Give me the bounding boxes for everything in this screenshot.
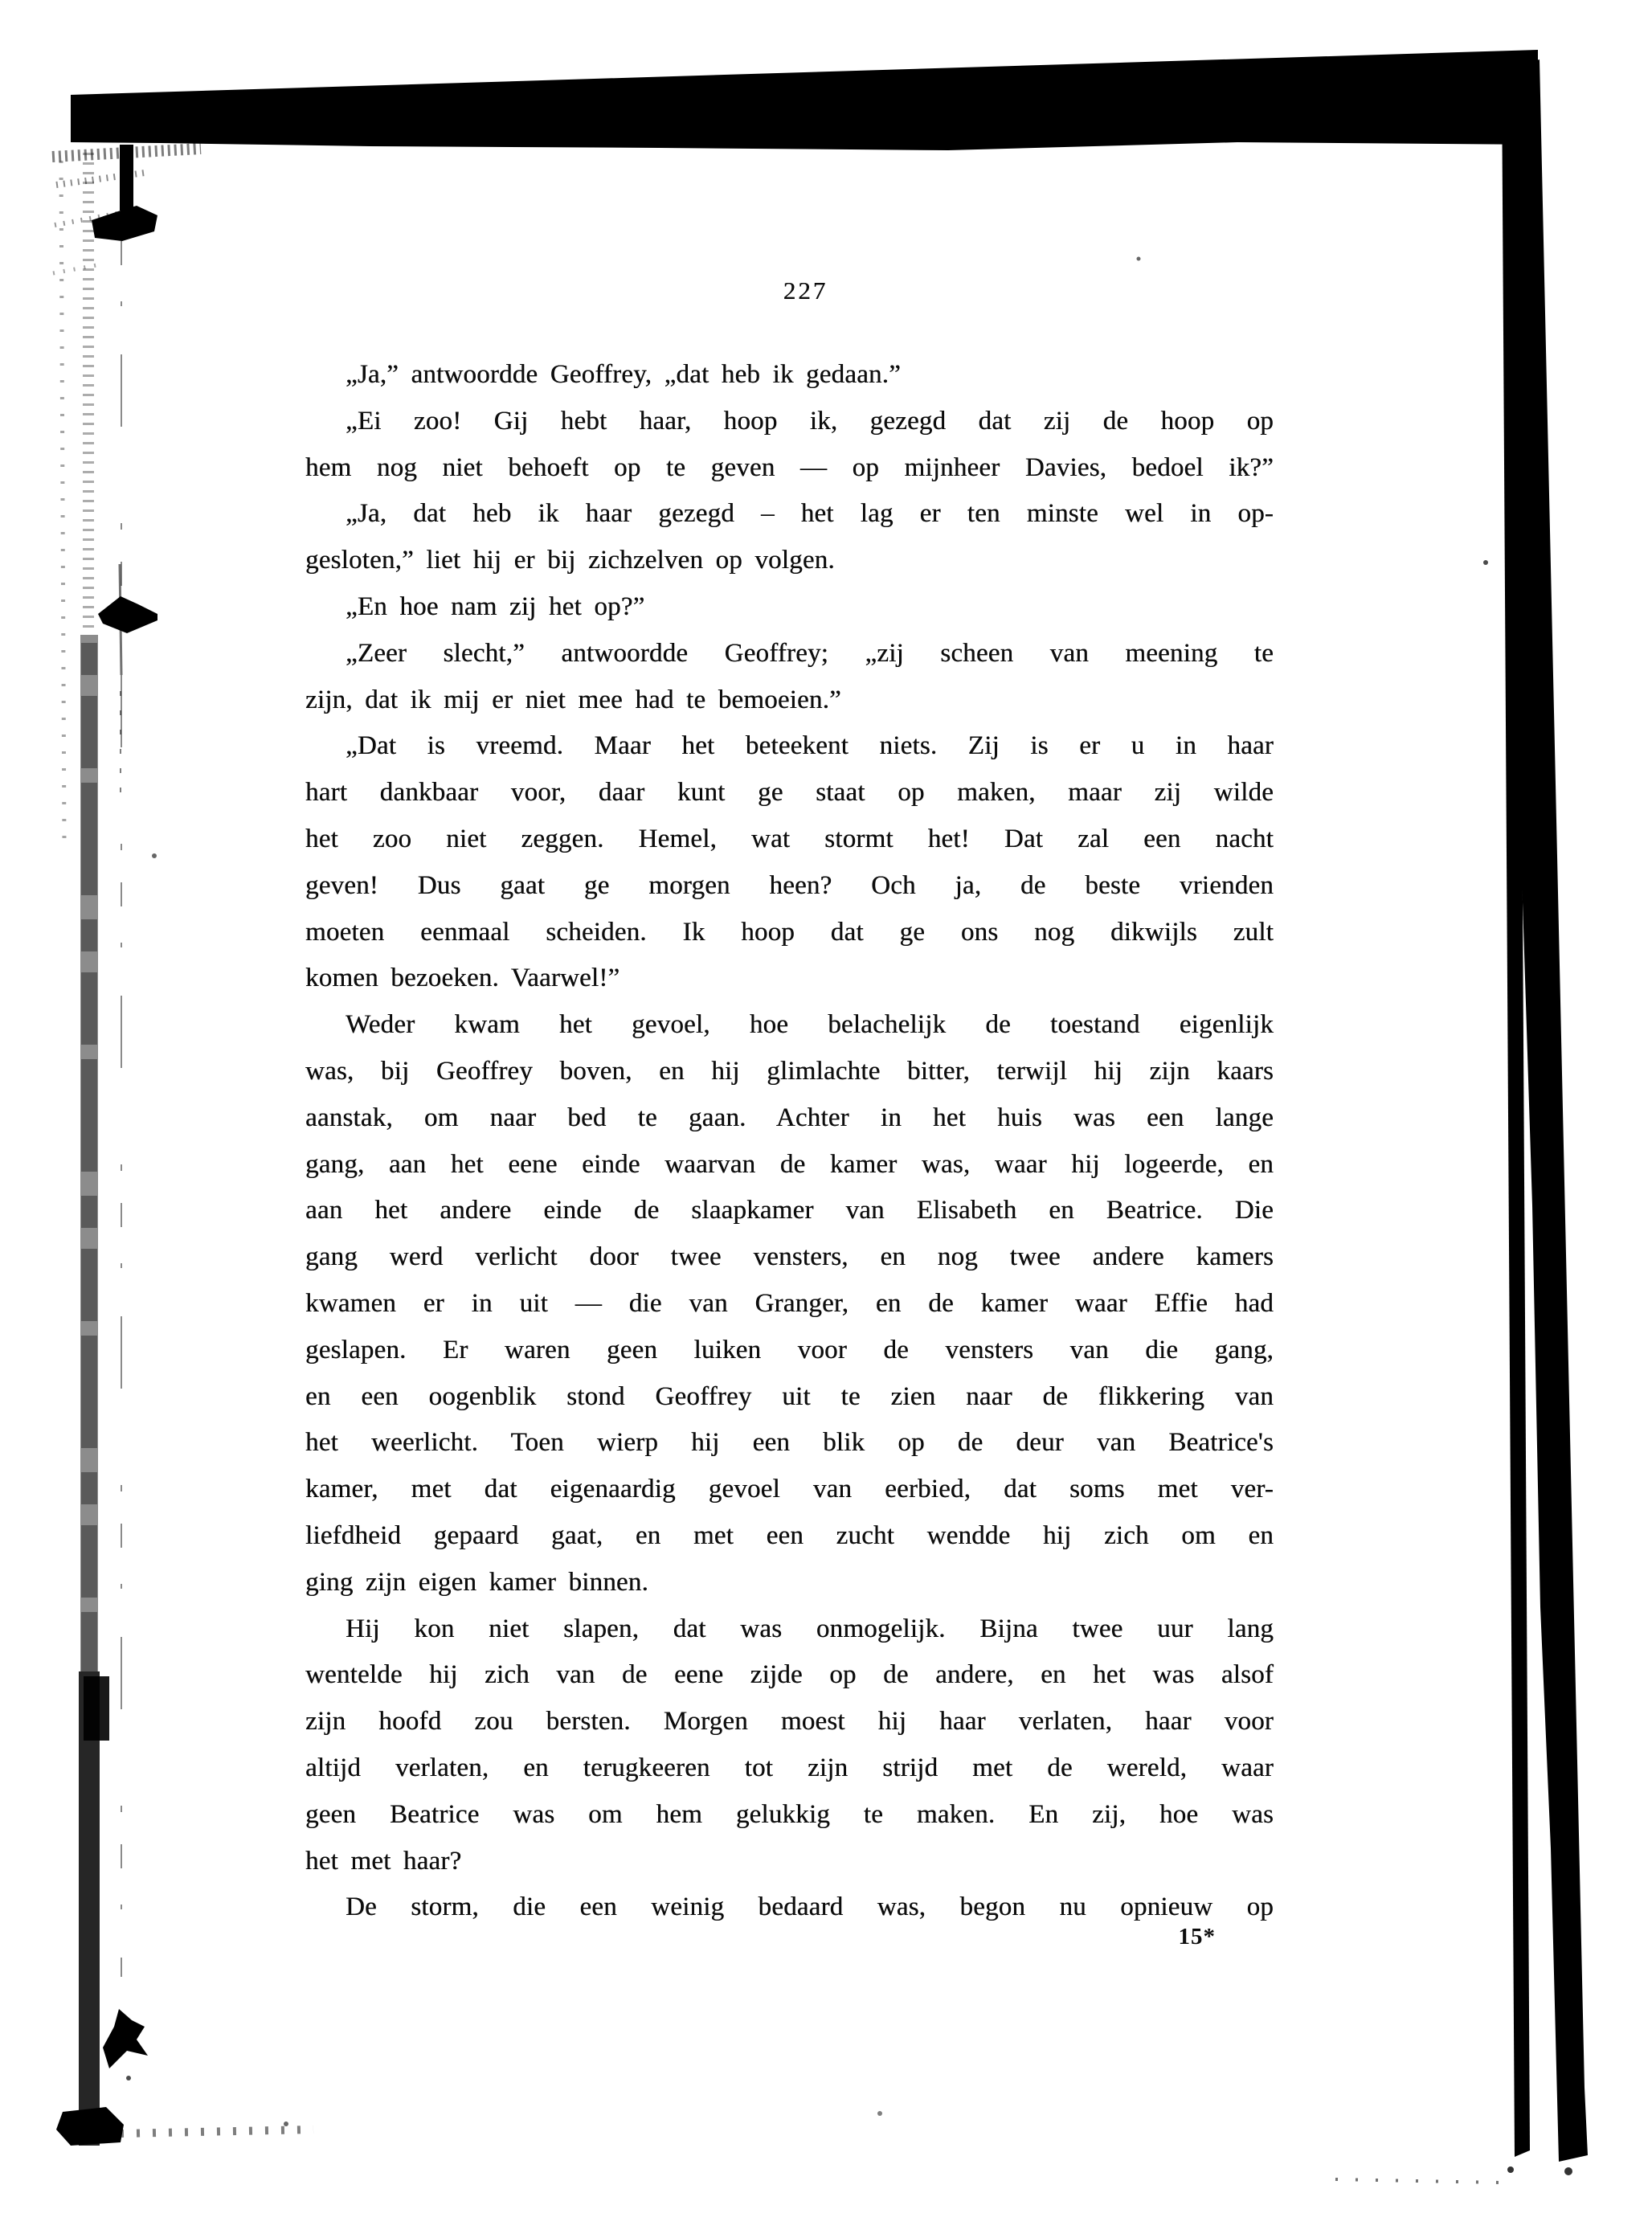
signature-mark: 15* — [305, 1924, 1274, 1950]
scan-right-edge-thick — [1518, 59, 1588, 2162]
text-line: Weder kwam het gevoel, hoe belachelijk d… — [305, 1002, 1274, 1049]
scan-edge-speck — [1507, 2166, 1514, 2173]
text-line: „En hoe nam zij het op?” — [305, 584, 1274, 631]
text-line: „Ja,” antwoordde Geoffrey, „dat heb ik g… — [305, 352, 1274, 399]
speck — [126, 2076, 131, 2080]
foot-speck-row — [121, 2130, 313, 2134]
text-line: ging zijn eigen kamer binnen. — [305, 1560, 1274, 1606]
scan-top-edge — [71, 50, 1538, 150]
text-line: het weerlicht. Toen wierp hij een blik o… — [305, 1420, 1274, 1467]
corner-speckle-column — [61, 161, 64, 844]
binding-streak-hook — [84, 1676, 109, 1741]
text-line: komen bezoeken. Vaarwel!” — [305, 955, 1274, 1002]
binding-streak-foot — [56, 2107, 124, 2146]
text-line: geven! Dus gaat ge morgen heen? Och ja, … — [305, 863, 1274, 910]
ink-blot-top — [92, 206, 157, 241]
text-line: kwamen er in uit — die van Granger, en d… — [305, 1281, 1274, 1328]
text-line: liefdheid gepaard gaat, en met een zucht… — [305, 1513, 1274, 1560]
text-line: aan het andere einde de slaapkamer van E… — [305, 1188, 1274, 1234]
text-line: gesloten,” liet hij er bij zichzelven op… — [305, 538, 1274, 584]
speck — [284, 2121, 288, 2126]
binding-streak-lower — [79, 1671, 100, 2146]
text-line: gang werd verlicht door twee vensters, e… — [305, 1234, 1274, 1281]
text-line: was, bij Geoffrey boven, en hij glimlach… — [305, 1049, 1274, 1095]
text-line: wentelde hij zich van de eene zijde op d… — [305, 1652, 1274, 1699]
text-line: en een oogenblik stond Geoffrey uit te z… — [305, 1374, 1274, 1421]
speck — [1137, 257, 1141, 261]
text-line: geen Beatrice was om hem gelukkig te mak… — [305, 1792, 1274, 1839]
page-number: 227 — [305, 276, 1274, 305]
text-line: altijd verlaten, en terugkeeren tot zijn… — [305, 1745, 1274, 1792]
text-line: zijn hoofd zou bersten. Morgen moest hij… — [305, 1699, 1274, 1745]
text-line: „Ja, dat heb ik haar gezegd – het lag er… — [305, 491, 1274, 538]
text-line: „Dat is vreemd. Maar het beteekent niets… — [305, 723, 1274, 770]
body-text: „Ja,” antwoordde Geoffrey, „dat heb ik g… — [305, 352, 1274, 1931]
speck — [877, 2111, 882, 2116]
text-line: gang, aan het eene einde waarvan de kame… — [305, 1142, 1274, 1189]
ink-blot-diamond — [98, 596, 157, 633]
scan-edge-speck — [1564, 2167, 1572, 2175]
text-line: zijn, dat ik mij er niet mee had te bemo… — [305, 677, 1274, 724]
text-line: „Ei zoo! Gij hebt haar, hoop ik, gezegd … — [305, 399, 1274, 445]
bottom-right-speck-row — [1335, 2179, 1499, 2183]
text-line: hart dankbaar voor, daar kunt ge staat o… — [305, 770, 1274, 816]
speck — [152, 853, 157, 858]
text-line: het zoo niet zeggen. Hemel, wat stormt h… — [305, 816, 1274, 863]
text-line: kamer, met dat eigenaardig gevoel van ee… — [305, 1467, 1274, 1513]
text-line: het met haar? — [305, 1839, 1274, 1885]
text-line: geslapen. Er waren geen luiken voor de v… — [305, 1328, 1274, 1374]
text-line: Hij kon niet slapen, dat was onmogelijk.… — [305, 1606, 1274, 1653]
text-line: aanstak, om naar bed te gaan. Achter in … — [305, 1095, 1274, 1142]
text-line: „Zeer slecht,” antwoordde Geoffrey; „zij… — [305, 631, 1274, 677]
speck — [1483, 560, 1488, 565]
ink-blot-stem — [120, 145, 133, 211]
ink-blot-bird — [103, 2009, 148, 2068]
scanned-book-page: { "page": { "number": "227", "signature_… — [0, 0, 1652, 2238]
text-line: moeten eenmaal scheiden. Ik hoop dat ge … — [305, 910, 1274, 956]
text-line: hem nog niet behoeft op te geven — op mi… — [305, 445, 1274, 492]
